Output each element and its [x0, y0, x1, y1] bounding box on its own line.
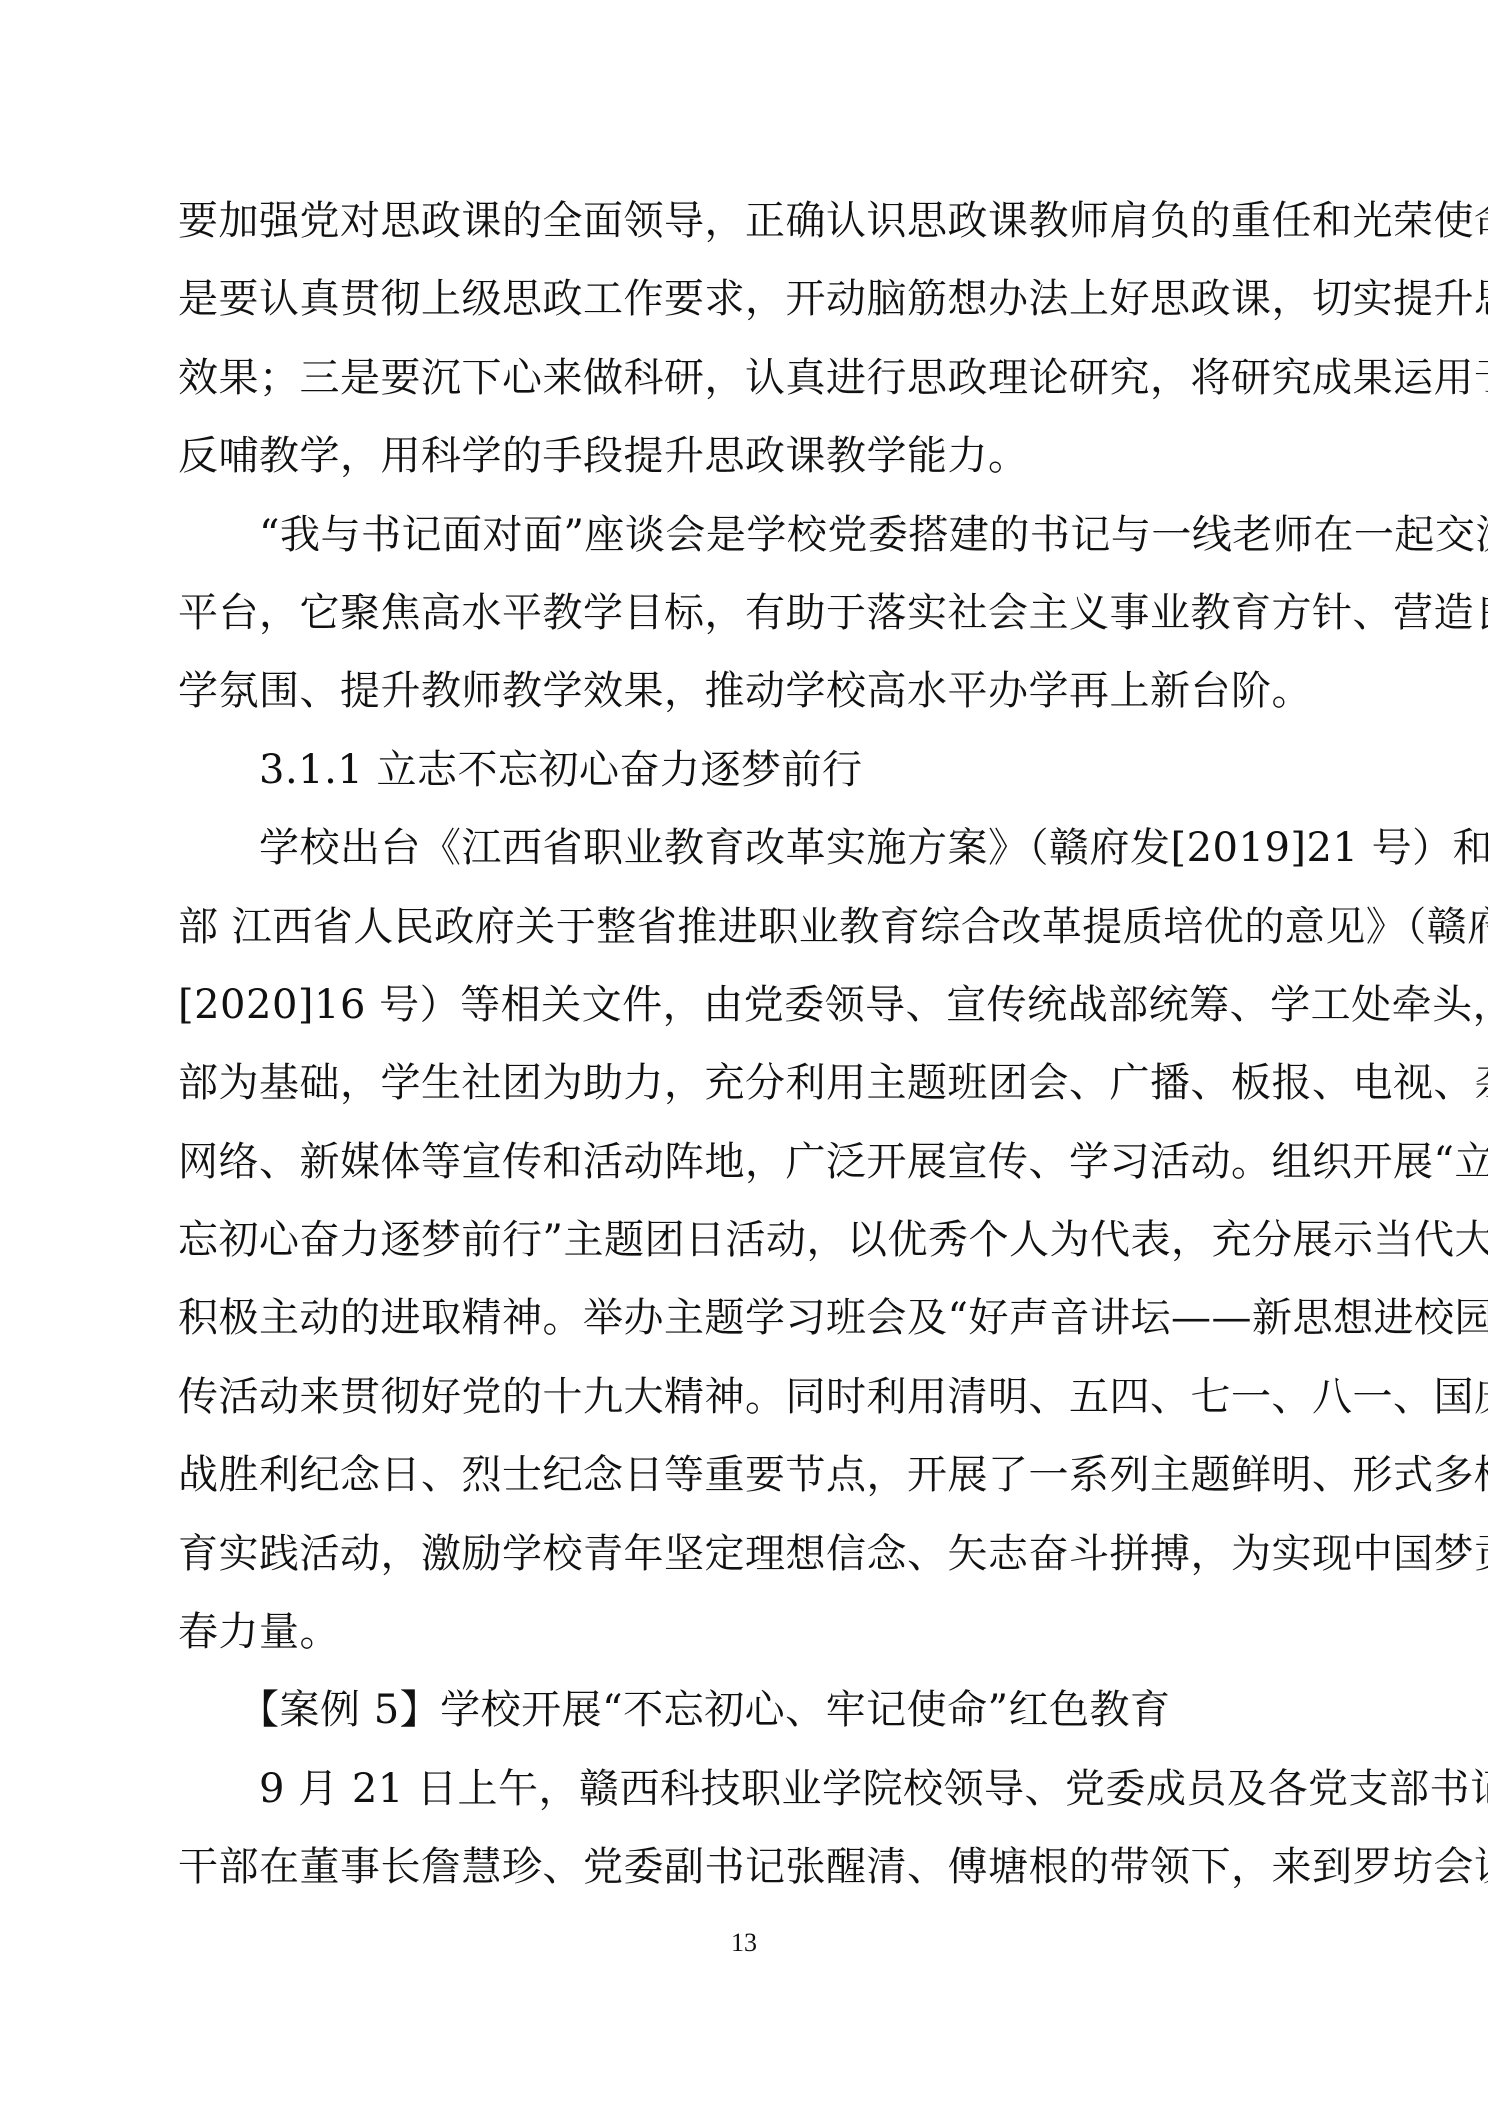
text-line: 反哺教学，用科学的手段提升思政课教学能力。: [178, 427, 1312, 505]
text-line: 部 江西省人民政府关于整省推进职业教育综合改革提质培优的意见》（赣府发: [178, 898, 1312, 976]
text-line: 部为基础，学生社团为助力，充分利用主题班团会、广播、板报、电视、杂志、: [178, 1054, 1312, 1132]
body-text: 要加强党对思政课的全面领导，正确认识思政课教师肩负的重任和光荣使命；二是要认真贯…: [178, 192, 1312, 1917]
text-line: 学氛围、提升教师教学效果，推动学校高水平办学再上新台阶。: [178, 662, 1312, 740]
text-line: 学校出台《江西省职业教育改革实施方案》（赣府发[2019]21 号）和《教育: [178, 819, 1312, 897]
text-line: 传活动来贯彻好党的十九大精神。同时利用清明、五四、七一、八一、国庆、抗: [178, 1368, 1312, 1446]
page-number: 13: [0, 1928, 1488, 1958]
text-line: 9 月 21 日上午，赣西科技职业学院校领导、党委成员及各党支部书记、中层: [178, 1760, 1312, 1838]
document-page: 要加强党对思政课的全面领导，正确认识思政课教师肩负的重任和光荣使命；二是要认真贯…: [0, 0, 1488, 2105]
text-line: 忘初心奋力逐梦前行”主题团日活动，以优秀个人为代表，充分展示当代大学生: [178, 1211, 1312, 1289]
text-line: 育实践活动，激励学校青年坚定理想信念、矢志奋斗拼搏，为实现中国梦贡献青: [178, 1525, 1312, 1603]
text-line: 要加强党对思政课的全面领导，正确认识思政课教师肩负的重任和光荣使命；二: [178, 192, 1312, 270]
text-line: “我与书记面对面”座谈会是学校党委搭建的书记与一线老师在一起交流的: [178, 506, 1312, 584]
text-line: 干部在董事长詹慧珍、党委副书记张醒清、傅塘根的带领下，来到罗坊会议纪念: [178, 1838, 1312, 1916]
text-line: [2020]16 号）等相关文件，由党委领导、宣传统战部统筹、学工处牵头，以团支: [178, 976, 1312, 1054]
text-line: 3.1.1 立志不忘初心奋力逐梦前行: [178, 741, 1312, 819]
text-line: 春力量。: [178, 1603, 1312, 1681]
text-line: 积极主动的进取精神。举办主题学习班会及“好声音讲坛——新思想进校园”宣: [178, 1289, 1312, 1367]
text-line: 效果；三是要沉下心来做科研，认真进行思政理论研究，将研究成果运用于教学，: [178, 349, 1312, 427]
text-line: 网络、新媒体等宣传和活动阵地，广泛开展宣传、学习活动。组织开展“立志不: [178, 1133, 1312, 1211]
text-line: 是要认真贯彻上级思政工作要求，开动脑筋想办法上好思政课，切实提升思政课: [178, 270, 1312, 348]
text-line: 平台，它聚焦高水平教学目标，有助于落实社会主义事业教育方针、营造良好教: [178, 584, 1312, 662]
text-line: 【案例 5】学校开展“不忘初心、牢记使命”红色教育: [178, 1681, 1312, 1759]
text-line: 战胜利纪念日、烈士纪念日等重要节点，开展了一系列主题鲜明、形式多样的教: [178, 1446, 1312, 1524]
